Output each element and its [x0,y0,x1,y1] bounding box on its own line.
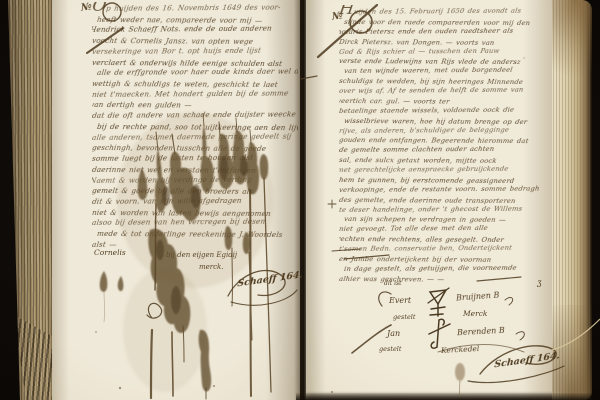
witness-name: Merck [463,309,487,318]
script-line: dit & voorn. van sijn wille afgedragen [92,195,298,207]
attestation-label: dit ist [384,280,402,287]
attestation-word: gestelt [393,313,416,321]
closing-name: Cornelis [94,248,126,257]
page-stack-left-edge [0,0,60,400]
script-line: alle de erffgronde voor haer oude kinds … [96,67,298,79]
script-line: dat die oft andere van schade ende duijs… [92,110,298,122]
script-line: God & Rijs schier al — tusschen den Pauw [339,46,552,57]
script-line: Huijden des 15. Februarij 1650 des avond… [339,5,552,18]
script-line: rijve, als anderen, b'schuldiger de bele… [339,125,552,136]
witness-forename: Jan [387,329,400,338]
script-line: van ten wijnde waeren, met oude borgende… [343,66,552,77]
script-line: niet gevoegt. Tot alle dese met den alle [339,224,552,235]
script-line: Hendrick Schaeff Nots. ende de oude ande… [92,24,298,36]
book-bottom-shadow [296,393,592,400]
closing-merck: merck. [199,263,224,271]
script-line: betaelinge staende wissels, voldoende oo… [339,105,552,116]
flourish-mark: ʒ [537,278,542,287]
script-line: niet t'maecken. Met hondert gulden bij d… [92,88,298,100]
script-line: Naemt & worden bij verdinge de verding [92,174,298,186]
handwriting-right: Huijden des 15. Februarij 1650 des avond… [339,5,552,283]
page-stack-right-edge [550,0,592,400]
script-line: notaris Pietersz ende den ouden raedtshe… [339,26,552,37]
script-line: in dage gestelt, als getuijgen, die voor… [343,263,552,274]
script-line: Op huijden des 16. Novembris 1649 des vo… [92,2,298,15]
attestation-word: gestelt [379,345,402,353]
script-line: somme luegt bij de lasten te houden alst [92,153,298,165]
script-line: over wijs af. Af te senden de helft de s… [339,86,552,97]
witness-forename: Evert [389,296,411,305]
script-line: te deser handelinge, onder 't ghecost de… [339,204,552,215]
manuscript-photo: № № Op huijden des 16. Novembris 1649 de… [0,0,600,400]
script-line: alsoo bij desen van hen vercregen bij de… [92,217,298,229]
script-line: verkoopinge, ende de restante voorn. som… [339,184,552,195]
closing-line: bij den eijgen Egidij [166,251,237,259]
script-line: alhier was geschreven. — — [339,275,552,283]
script-line: de gemelte somme clachten ouder achten [339,145,552,156]
script-line: versekeringe van Bor t. opt huijs ende l… [92,45,298,57]
script-line: met gerechtelijcke aenspraecke gebruijck… [339,164,552,175]
script-line: t'samen Bedn. conservatie ben, Onderteij… [339,244,552,255]
handwriting-left: Op huijden des 16. Novembris 1649 des vo… [92,2,298,252]
registration-mark-left: № [80,1,92,13]
script-line: alle anderen, tsamen daermede geringe ge… [92,131,298,143]
registration-mark-right: № [331,10,343,22]
